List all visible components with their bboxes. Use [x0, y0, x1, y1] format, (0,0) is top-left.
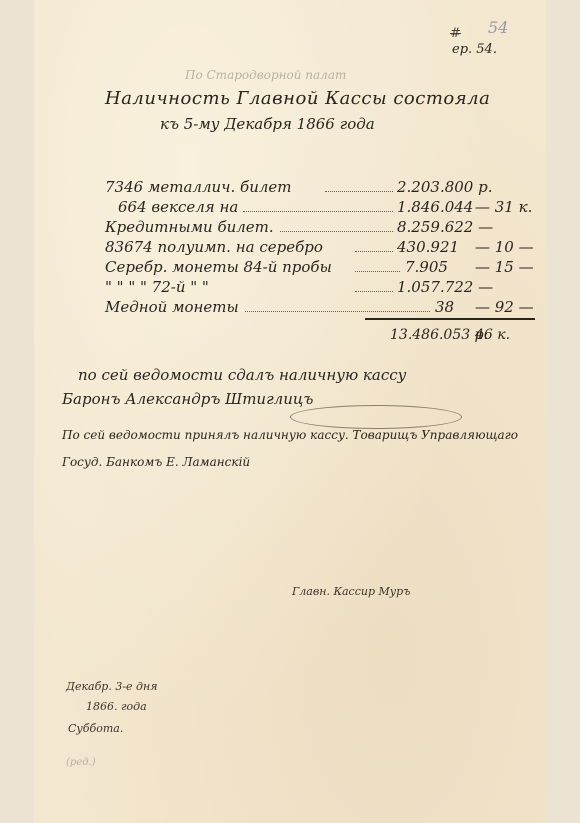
acceptance-line-2: Госуд. Банкомъ Е. Ламанскiй	[62, 455, 250, 469]
ledger-amount: 7.905	[405, 258, 448, 276]
transfer-line-2: Баронъ Александръ Штиглицъ	[62, 390, 313, 408]
ledger-label: 7346 металлич. билет	[105, 178, 292, 196]
pencil-annotation: По Стародворной палат	[185, 68, 346, 82]
ink-folio-number: ер. 54.	[452, 42, 497, 57]
ledger-label: Медной монеты	[105, 298, 239, 316]
date-note-line-3: Суббота.	[68, 722, 123, 735]
ledger-label: 83674 полуимп. на серебро	[105, 238, 323, 256]
ledger-label: Серебр. монеты 84-й пробы	[105, 258, 332, 276]
leader-dots	[280, 231, 393, 232]
leader-dots	[355, 291, 393, 292]
leader-dots	[325, 191, 393, 192]
total-rule	[365, 318, 535, 320]
ledger-amount: 430.921	[397, 238, 459, 256]
date-note-line-2: 1866. года	[86, 700, 147, 713]
ledger-row: Кредитными билет. 8.259.622 —	[105, 218, 535, 238]
ledger-amount: 8.259.622 —	[397, 218, 493, 236]
ledger-total: 13.486.053 р.	[390, 327, 488, 343]
ledger-kopecks: — 92 —	[475, 298, 534, 316]
ledger-row: " " " " 72-й " " 1.057.722 —	[105, 278, 535, 298]
ledger-row: Медной монеты 38 — 92 —	[105, 298, 535, 318]
leader-dots	[245, 311, 430, 312]
ledger-amount: 1.846.044	[397, 198, 473, 216]
ledger-amount: 2.203.800 р.	[397, 178, 492, 196]
ledger-row: 7346 металлич. билет 2.203.800 р.	[105, 178, 535, 198]
title-line-2: къ 5-му Декабря 1866 года	[160, 115, 375, 133]
ledger-label: 664 векселя на	[118, 198, 238, 216]
pencil-folio-number: 54	[488, 18, 508, 37]
ledger-kopecks: — 15 —	[475, 258, 534, 276]
ledger-row: Серебр. монеты 84-й пробы 7.905 — 15 —	[105, 258, 535, 278]
ledger-kopecks: — 31 к.	[475, 198, 532, 216]
acceptance-line-1: По сей ведомости принялъ наличную кассу.…	[62, 428, 518, 442]
ledger-label: " " " " 72-й " "	[105, 278, 209, 296]
date-note-line-1: Декабр. 3-е дня	[66, 680, 158, 693]
ledger-amount: 1.057.722 —	[397, 278, 493, 296]
leader-dots	[243, 211, 393, 212]
cashier-signature: Главн. Кассир Муръ	[292, 585, 411, 598]
ledger-total-kopecks: 46 к.	[475, 327, 510, 343]
pencil-mark: (ред.)	[66, 757, 96, 768]
ledger-kopecks: — 10 —	[475, 238, 534, 256]
leader-dots	[355, 251, 393, 252]
struck-folio-mark: #	[450, 26, 461, 41]
leader-dots	[355, 271, 400, 272]
ledger-label: Кредитными билет.	[105, 218, 274, 236]
ledger-amount: 38	[435, 298, 454, 316]
signature-flourish	[290, 405, 462, 429]
ledger-row: 83674 полуимп. на серебро 430.921 — 10 —	[105, 238, 535, 258]
title-line-1: Наличность Главной Кассы состояла	[105, 88, 490, 109]
ledger-row: 664 векселя на 1.846.044 — 31 к.	[118, 198, 548, 218]
transfer-line-1: по сей ведомости сдалъ наличную кассу	[78, 366, 406, 384]
